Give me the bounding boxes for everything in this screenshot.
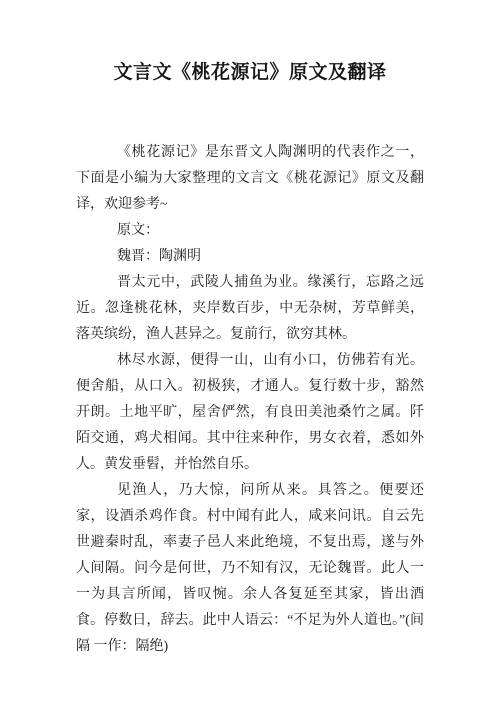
original-paragraph-1: 晋太元中，武陵人捕鱼为业。缘溪行，忘路之远近。忽逢桃花林，夹岸数百步，中无杂树，… (76, 270, 424, 348)
intro-paragraph: 《桃花源记》是东晋文人陶渊明的代表作之一，下面是小编为大家整理的文言文《桃花源记… (76, 140, 424, 218)
document-body: 《桃花源记》是东晋文人陶渊明的代表作之一，下面是小编为大家整理的文言文《桃花源记… (76, 140, 424, 660)
original-paragraph-3: 见渔人，乃大惊，问所从来。具答之。便要还家，设酒杀鸡作食。村中闻有此人，咸来问讯… (76, 478, 424, 660)
author-line: 魏晋：陶渊明 (76, 244, 424, 270)
original-text-label: 原文： (76, 218, 424, 244)
document-page: 文言文《桃花源记》原文及翻译 《桃花源记》是东晋文人陶渊明的代表作之一，下面是小… (0, 0, 500, 707)
document-title: 文言文《桃花源记》原文及翻译 (40, 58, 460, 88)
original-paragraph-2: 林尽水源，便得一山，山有小口，仿佛若有光。便舍船，从口入。初极狭，才通人。复行数… (76, 348, 424, 478)
